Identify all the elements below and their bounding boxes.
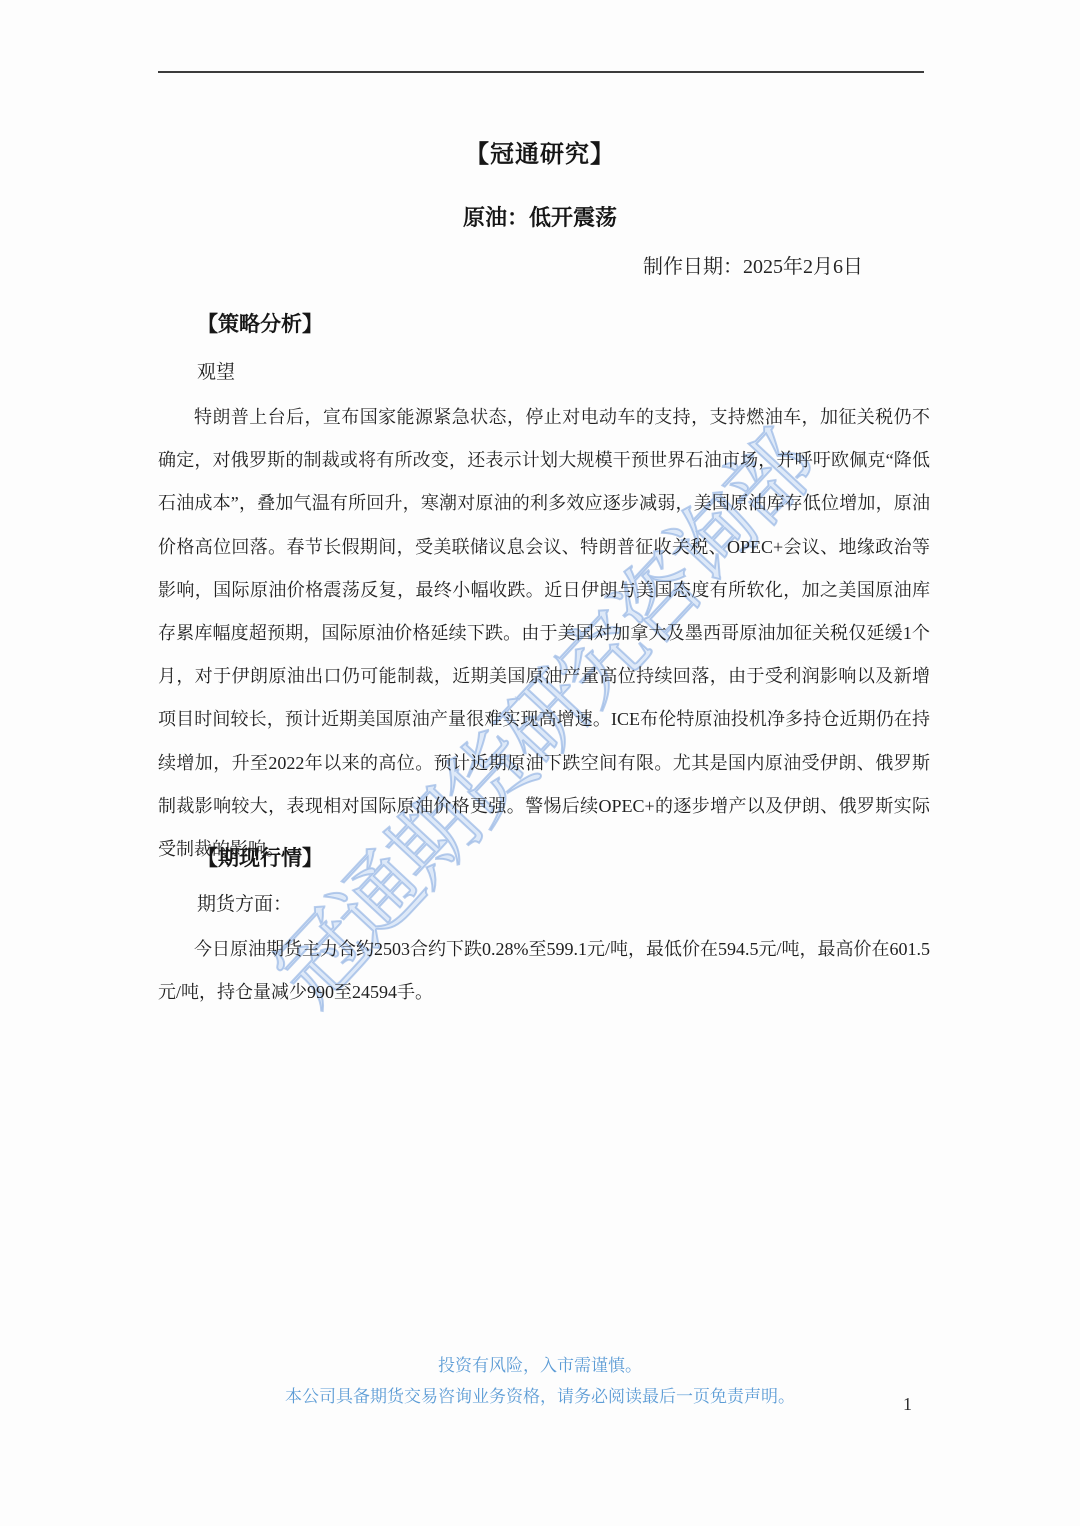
report-title: 原油：低开震荡 xyxy=(0,201,1080,232)
footer-disclaimer-line-1: 投资有风险，入市需谨慎。 xyxy=(0,1351,1080,1376)
section-heading-strategy: 【策略分析】 xyxy=(197,308,323,338)
futures-paragraph: 今日原油期货主力合约2503合约下跌0.28%至599.1元/吨，最低价在594… xyxy=(158,928,930,1014)
header-divider xyxy=(158,71,924,73)
brand-title: 【冠通研究】 xyxy=(0,134,1080,169)
strategy-stance: 观望 xyxy=(197,357,235,384)
report-date: 制作日期：2025年2月6日 xyxy=(643,250,863,279)
footer-disclaimer-line-2: 本公司具备期货交易咨询业务资格，请务必阅读最后一页免责声明。 xyxy=(0,1382,1080,1407)
section-heading-market: 【期现行情】 xyxy=(197,842,323,872)
report-page: 冠通期货研究咨询部 【冠通研究】 原油：低开震荡 制作日期：2025年2月6日 … xyxy=(0,0,1080,1526)
futures-label: 期货方面： xyxy=(197,889,292,916)
page-number: 1 xyxy=(903,1394,912,1415)
strategy-paragraph: 特朗普上台后，宣布国家能源紧急状态，停止对电动车的支持，支持燃油车，加征关税仍不… xyxy=(158,396,930,871)
